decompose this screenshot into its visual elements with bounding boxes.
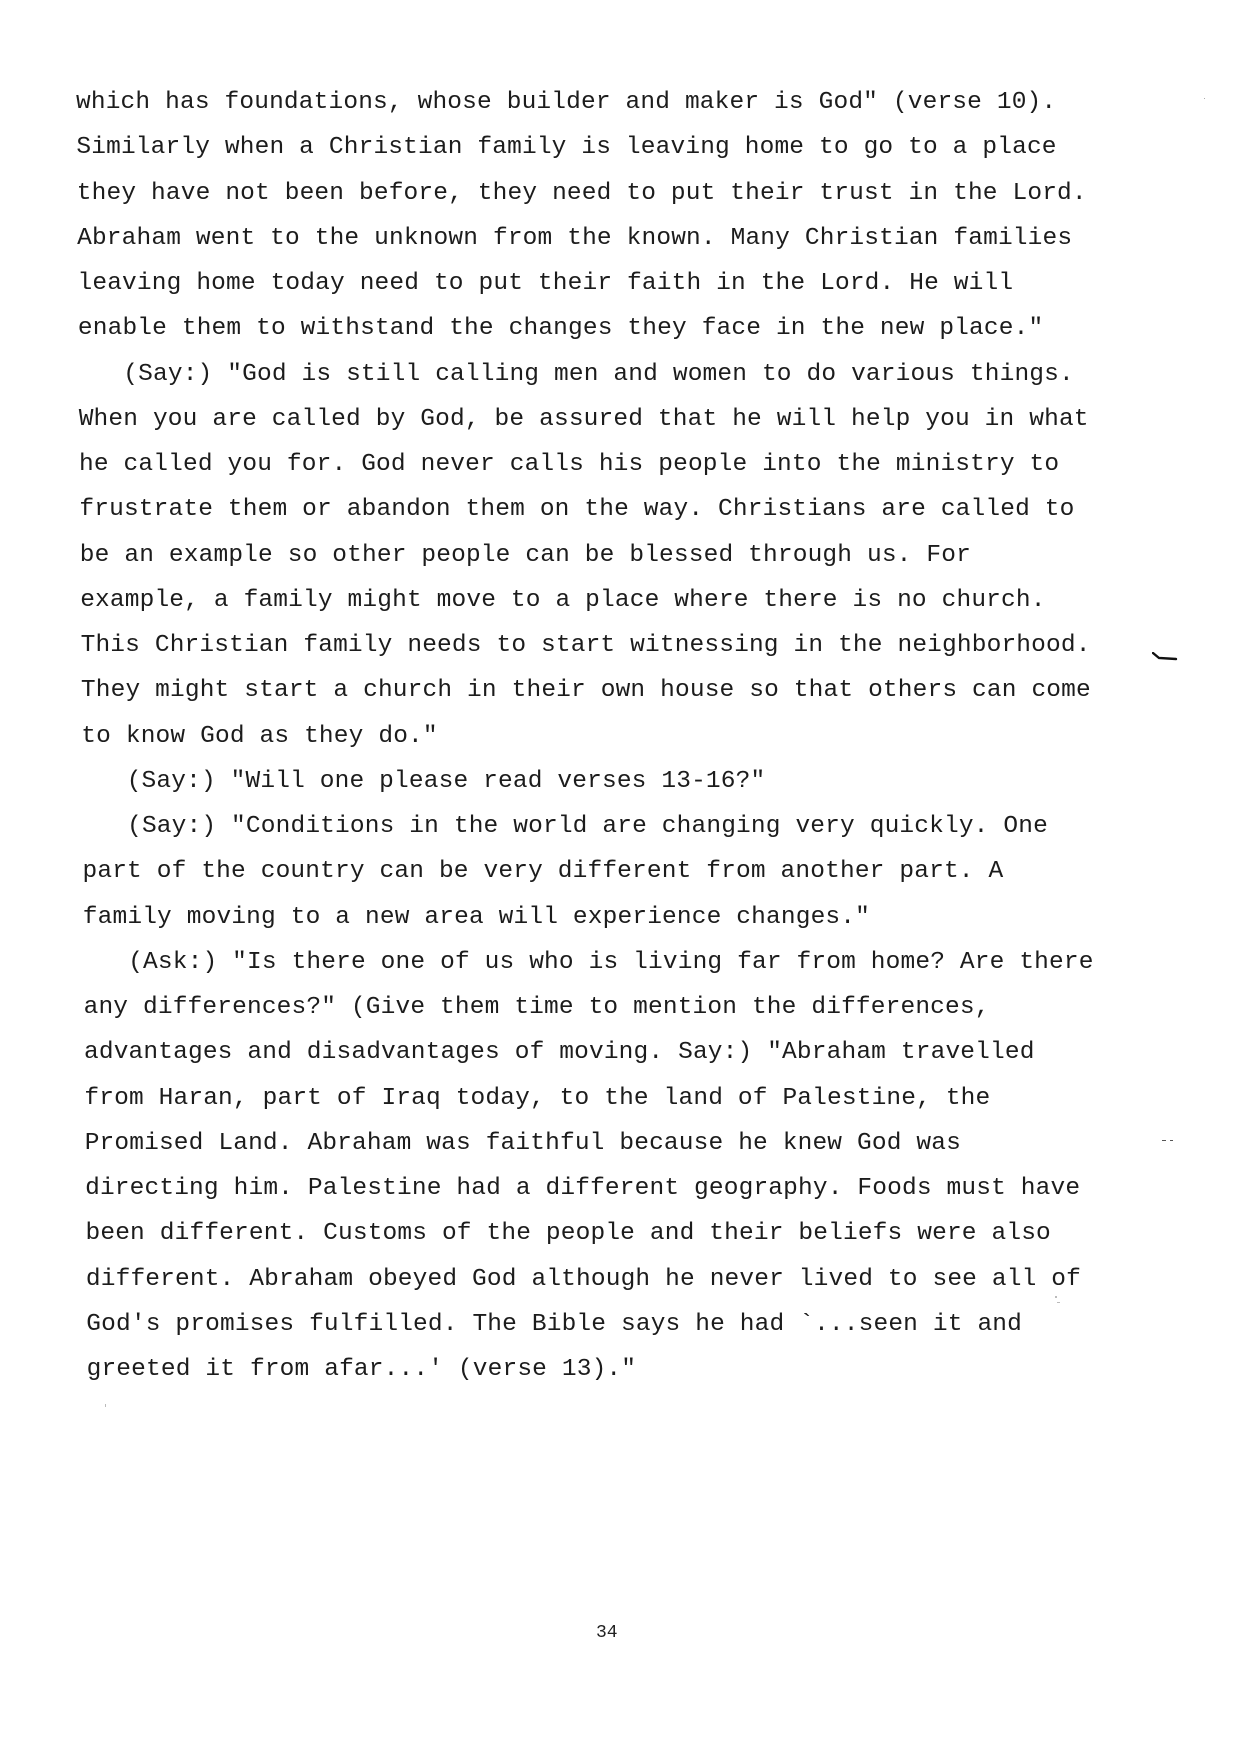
text-line: directing him. Palestine had a different… [85, 1174, 1080, 1204]
text-line: (Say:) "Will one please read verses 13-1… [127, 767, 766, 797]
text-line: which has foundations, whose builder and… [76, 88, 1056, 118]
scan-speck [105, 1404, 106, 1407]
scan-speck [1204, 98, 1205, 99]
text-line: This Christian family needs to start wit… [81, 631, 1091, 661]
document-page: which has foundations, whose builder and… [0, 0, 1240, 1753]
text-line: They might start a church in their own h… [81, 676, 1091, 706]
text-line: (Say:) "Conditions in the world are chan… [127, 812, 1048, 842]
text-line: been different. Customs of the people an… [86, 1219, 1051, 1249]
scan-speck [1162, 1140, 1166, 1141]
text-line: be an example so other people can be ble… [80, 541, 971, 571]
scan-speck [1055, 1296, 1057, 1298]
text-line: any differences?" (Give them time to men… [84, 993, 990, 1023]
text-line: from Haran, part of Iraq today, to the l… [84, 1084, 990, 1114]
text-line: example, a family might move to a place … [80, 586, 1045, 616]
text-line: enable them to withstand the changes the… [78, 314, 1043, 344]
scan-speck [1170, 1140, 1173, 1141]
text-line: to know God as they do." [81, 722, 437, 752]
text-line: advantages and disadvantages of moving. … [84, 1038, 1035, 1068]
text-line: leaving home today need to put their fai… [78, 269, 1014, 299]
text-line: (Say:) "God is still calling men and wom… [123, 360, 1074, 390]
text-line: (Ask:) "Is there one of us who is living… [128, 948, 1093, 978]
text-line: greeted it from afar...' (verse 13)." [87, 1355, 637, 1385]
text-line: different. Abraham obeyed God although h… [86, 1265, 1081, 1295]
text-line: he called you for. God never calls his p… [79, 450, 1059, 480]
text-line: family moving to a new area will experie… [83, 903, 870, 933]
text-line: God's promises fulfilled. The Bible says… [86, 1310, 1022, 1340]
text-line: Similarly when a Christian family is lea… [76, 133, 1056, 163]
text-line: they have not been before, they need to … [77, 179, 1087, 209]
page-number: 34 [596, 1622, 618, 1644]
text-line: part of the country can be very differen… [83, 857, 1004, 887]
scan-speck [1057, 1302, 1060, 1303]
text-line: Promised Land. Abraham was faithful beca… [85, 1129, 961, 1159]
text-line: When you are called by God, be assured t… [79, 405, 1089, 435]
text-line: frustrate them or abandon them on the wa… [79, 495, 1074, 525]
margin-pen-mark [1152, 652, 1178, 662]
text-line: Abraham went to the unknown from the kno… [77, 224, 1072, 254]
